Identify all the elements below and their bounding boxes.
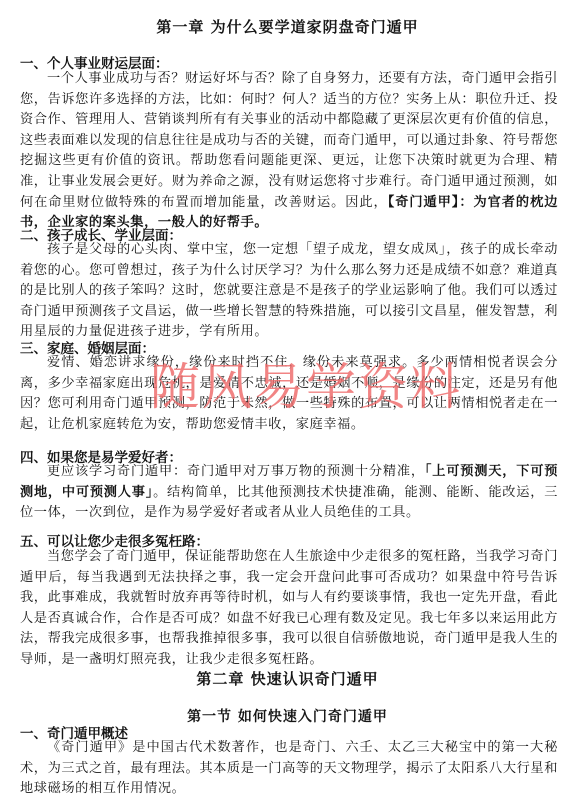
- chapter-2-title: 第二章 快速认识奇门遁甲: [0, 668, 575, 689]
- section-5-body: 当您学会了奇门遁甲，保证能帮助您在人生旅途中少走很多的冤枉路，当我学习奇门遁甲后…: [20, 547, 558, 671]
- section-4-text-pre: 更应该学习奇门遁甲：奇门遁甲对万事万物的预测十分精准，: [47, 464, 425, 479]
- document-page: 第一章 为什么要学道家阴盘奇门遁甲 一、个人事业财运层面： 一个人事业成功与否？…: [0, 0, 575, 794]
- chapter-2-body: 《奇门遁甲》是中国古代术数著作，也是奇门、六壬、太乙三大秘宝中的第一大秘术，为三…: [20, 738, 558, 794]
- section-3-body: 爱情、婚恋讲求缘份，缘份来时挡不住，缘份未来莫强求。多少两情相悦者误会分离，多少…: [20, 353, 558, 435]
- section-2-body: 孩子是父母的心头肉、掌中宝，您一定想「望子成龙，望女成凤」，孩子的成长牵动着您的…: [20, 240, 558, 343]
- chapter-1-title: 第一章 为什么要学道家阴盘奇门遁甲: [0, 16, 575, 37]
- section-4-body: 更应该学习奇门遁甲：奇门遁甲对万事万物的预测十分精准，「上可预测天，下可预测地，…: [20, 462, 558, 524]
- section-1-body: 一个人事业成功与否？财运好坏与否？除了自身努力，还要有方法，奇门遁甲会指引您，告…: [20, 69, 558, 234]
- section-1-text: 一个人事业成功与否？财运好坏与否？除了自身努力，还要有方法，奇门遁甲会指引您，告…: [20, 71, 558, 210]
